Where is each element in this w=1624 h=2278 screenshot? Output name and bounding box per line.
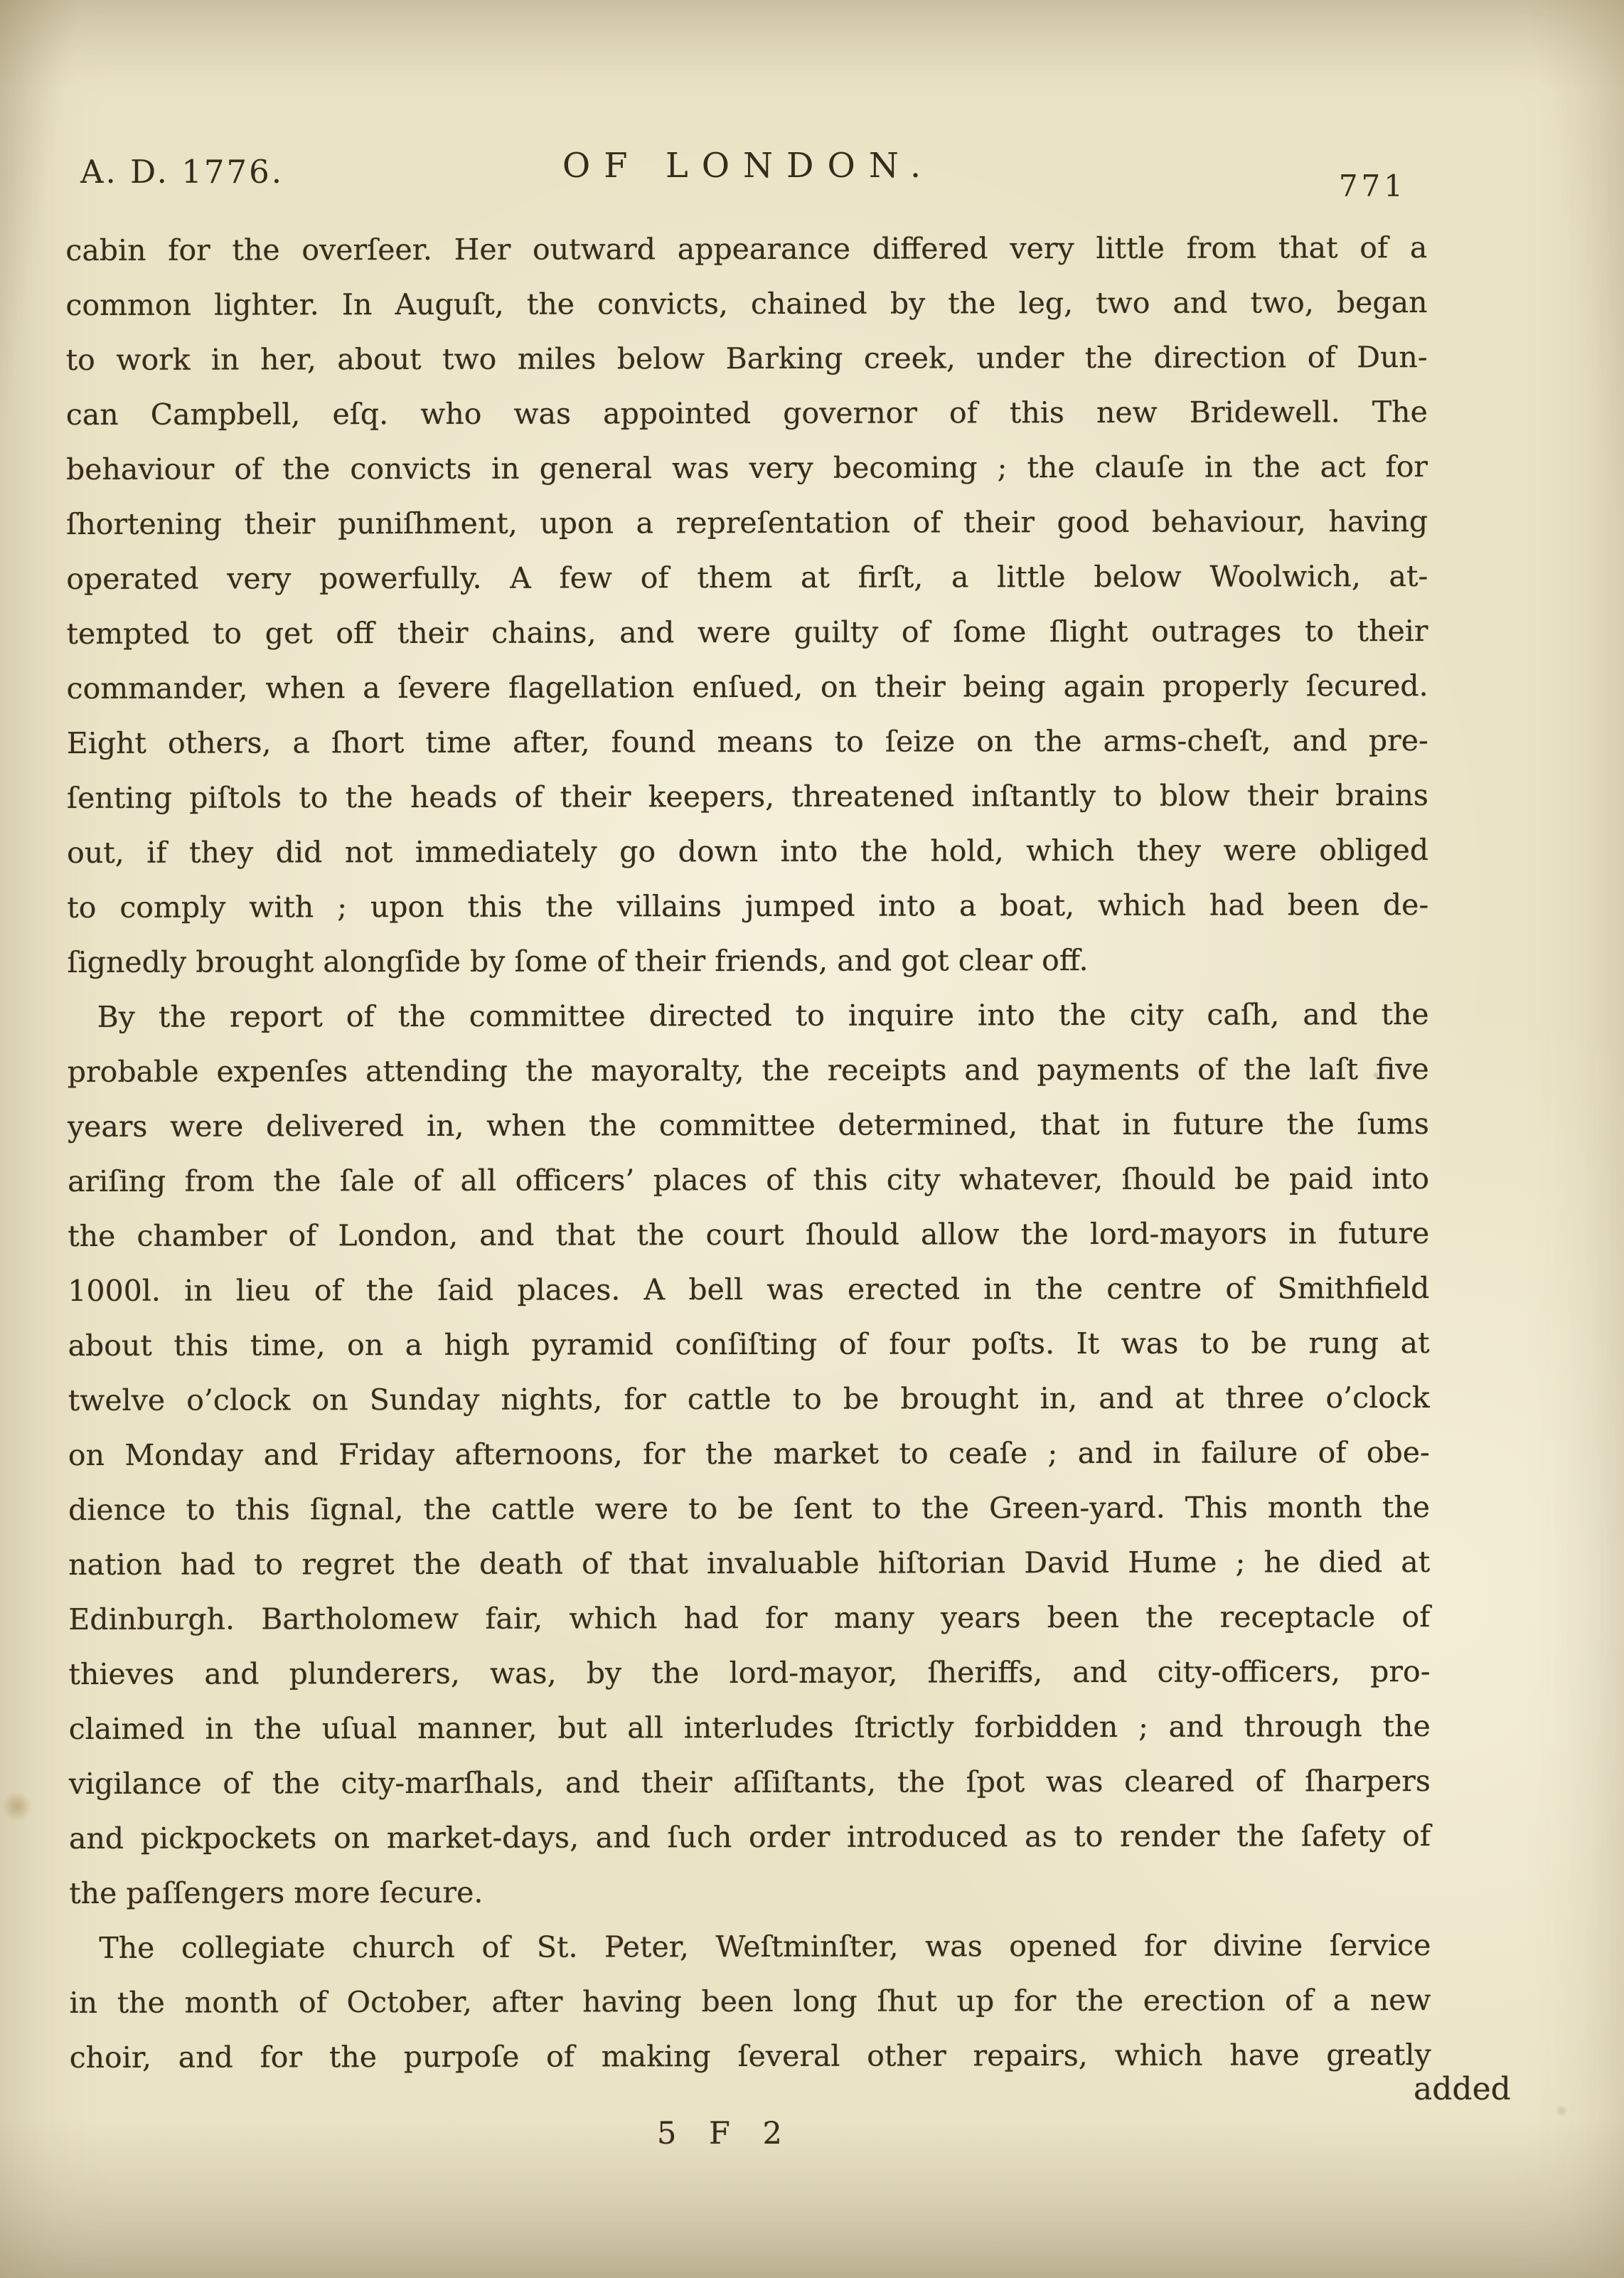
- text-line: to work in her, about two miles below Ba…: [66, 330, 1428, 388]
- signature-mark: 5 F 2: [657, 2116, 794, 2151]
- text-line: probable expenſes attending the mayoralt…: [68, 1042, 1429, 1100]
- catchword: added: [1414, 2071, 1511, 2107]
- text-line: ſignedly brought alongſide by ſome of th…: [67, 932, 1428, 990]
- text-line: 1000l. in lieu of the ſaid places. A bel…: [68, 1261, 1429, 1319]
- text-line: cabin for the overſeer. Her outward appe…: [65, 220, 1427, 278]
- text-block: cabin for the overſeer. Her outward appe…: [65, 220, 1431, 2085]
- text-line: thieves and plunderers, was, by the lord…: [68, 1644, 1430, 1702]
- text-line: nation had to regret the death of that i…: [68, 1535, 1430, 1592]
- text-line: dience to this ſignal, the cattle were t…: [68, 1480, 1430, 1538]
- text-line: Edinburgh. Bartholomew fair, which had f…: [68, 1590, 1430, 1647]
- page-number: 771: [1339, 169, 1406, 203]
- text-line: and pickpockets on market-days, and ſuch…: [69, 1809, 1431, 1866]
- paragraph: By the report of the committee directed …: [68, 987, 1431, 1921]
- text-line: out, if they did not immediately go down…: [67, 823, 1428, 880]
- text-line: can Campbell, eſq. who was appointed gov…: [66, 385, 1428, 442]
- text-line: to comply with ; upon this the villains …: [67, 878, 1428, 935]
- text-line: twelve o’clock on Sunday nights, for cat…: [68, 1370, 1430, 1428]
- text-line: ariſing from the ſale of all officers’ p…: [68, 1151, 1429, 1209]
- text-line: claimed in the uſual manner, but all int…: [69, 1699, 1431, 1757]
- text-line: ſhortening their puniſhment, upon a repr…: [66, 494, 1428, 552]
- text-line: commander, when a ſevere flagellation en…: [67, 659, 1428, 716]
- text-line: the paſſengers more ſecure.: [69, 1863, 1431, 1921]
- paragraph: The collegiate church of St. Peter, Weſt…: [69, 1918, 1431, 2085]
- text-line: Eight others, a ſhort time after, found …: [67, 713, 1428, 771]
- text-line: choir, and for the purpoſe of making ſev…: [70, 2028, 1431, 2085]
- paragraph: cabin for the overſeer. Her outward appe…: [65, 220, 1428, 990]
- text-line: years were delivered in, when the commit…: [68, 1097, 1429, 1154]
- text-line: on Monday and Friday afternoons, for the…: [68, 1425, 1430, 1483]
- text-line: the chamber of London, and that the cour…: [68, 1206, 1429, 1264]
- text-line: common lighter. In Auguſt, the convicts,…: [65, 275, 1427, 333]
- page-header: A. D. 1776. OF LONDON. 771: [68, 146, 1429, 210]
- text-line: vigilance of the city-marſhals, and thei…: [69, 1754, 1431, 1811]
- text-line: behaviour of the convicts in general was…: [66, 440, 1428, 497]
- book-page-scan: A. D. 1776. OF LONDON. 771 cabin for the…: [0, 0, 1624, 2278]
- text-line: The collegiate church of St. Peter, Weſt…: [69, 1918, 1431, 1976]
- text-line: By the report of the committee directed …: [68, 987, 1429, 1045]
- header-title: OF LONDON.: [562, 146, 934, 186]
- text-line: about this time, on a high pyramid conſi…: [68, 1316, 1429, 1373]
- text-line: ſenting piſtols to the heads of their ke…: [67, 768, 1428, 826]
- text-line: tempted to get off their chains, and wer…: [66, 604, 1428, 661]
- text-line: in the month of October, after having be…: [69, 1973, 1431, 2030]
- text-line: operated very powerfully. A few of them …: [66, 549, 1428, 607]
- header-date: A. D. 1776.: [80, 153, 284, 191]
